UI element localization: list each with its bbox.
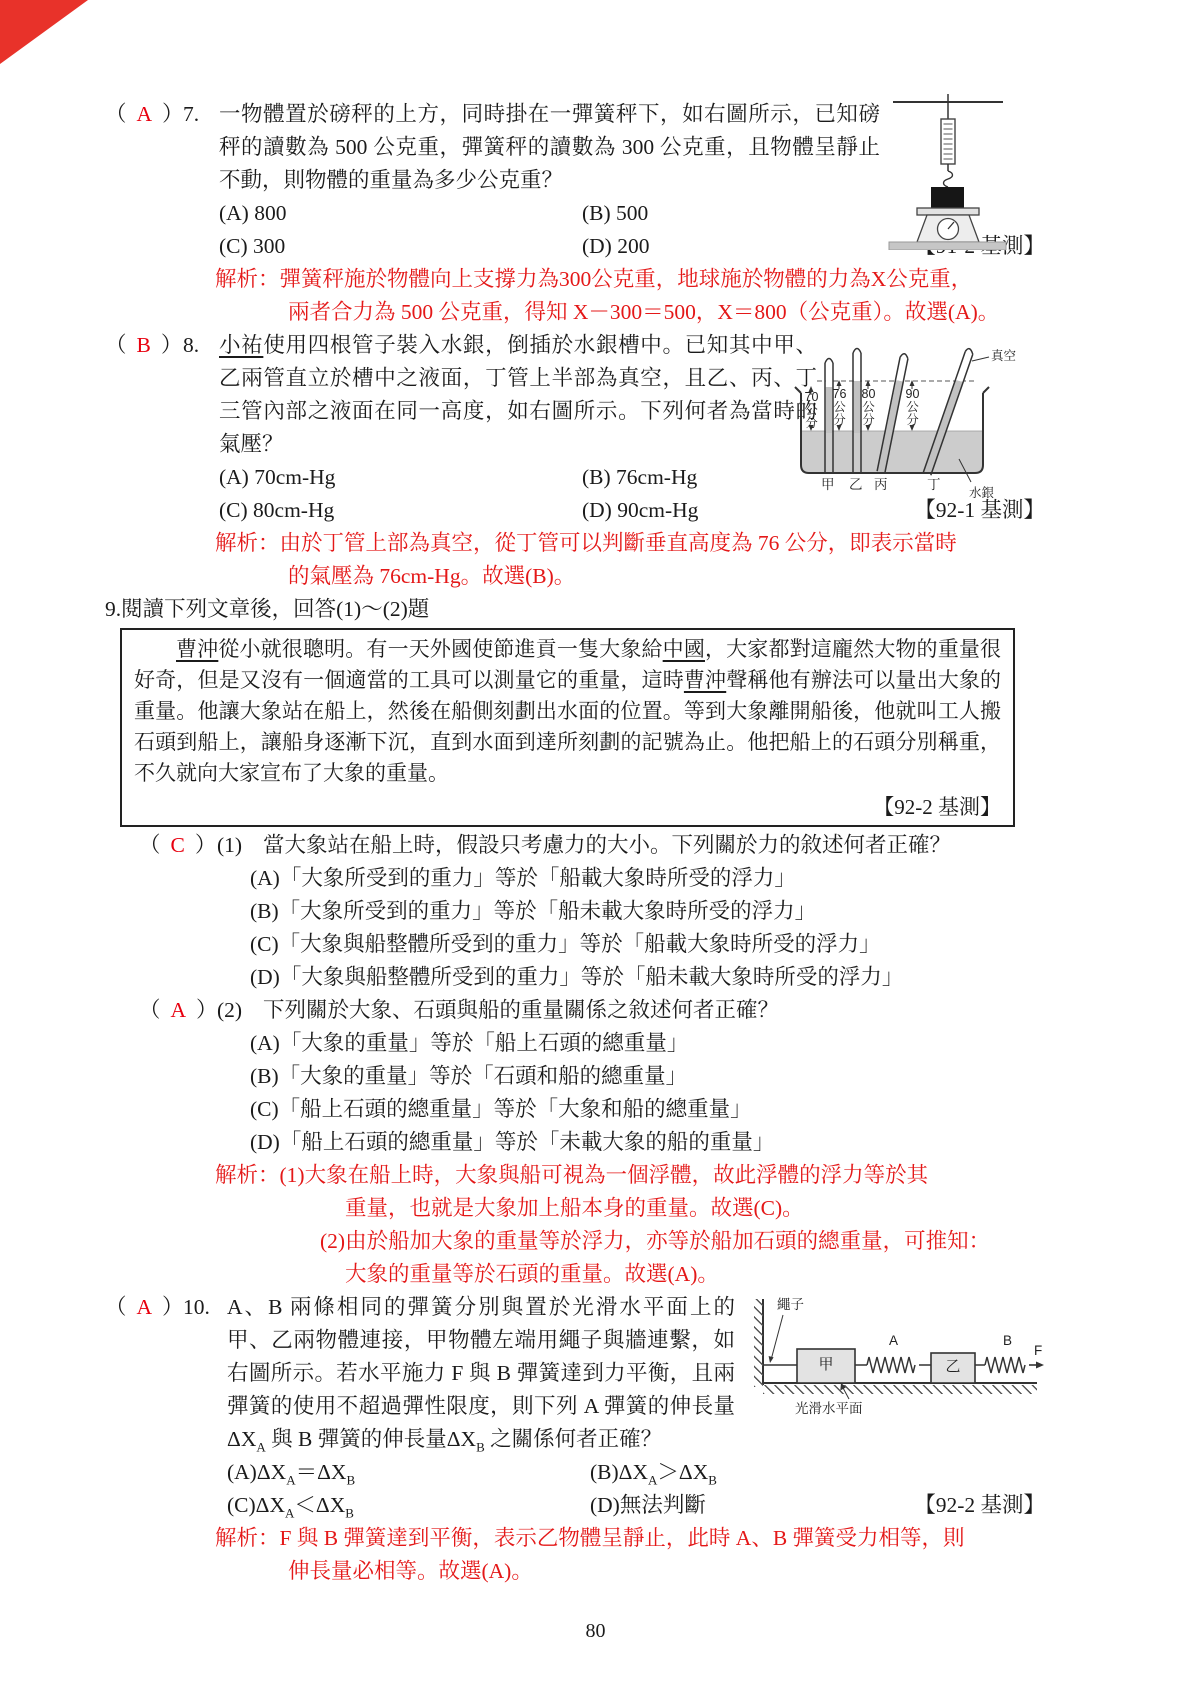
option-d: (D)無法判斷 xyxy=(590,1489,706,1522)
exam-page: （A） 7. 一物體置於磅秤的上方，同時掛在一彈簧秤下，如右圖所示，已知磅秤的讀… xyxy=(0,0,1191,1684)
sub-question-1-row: （C） (1) 當大象站在船上時，假設只考慮力的大小。下列關於力的敘述何者正確？ xyxy=(139,829,1045,862)
option-text: (C)ΔX xyxy=(227,1493,285,1517)
source-tag: 【92-2 基測】 xyxy=(914,1489,1045,1522)
option-d: (D)「大象與船整體所受到的重力」等於「船未載大象時所受的浮力」 xyxy=(250,961,1045,994)
question-body: 繩子 A B 甲 乙 F 光滑水平面 A、B 兩條相同的彈簧分別與置於光滑水平面… xyxy=(227,1291,1045,1522)
option-a: (A)「大象所受到的重力」等於「船載大象時所受的浮力」 xyxy=(250,862,1045,895)
option-c: (C)「大象與船整體所受到的重力」等於「船載大象時所受的浮力」 xyxy=(250,928,1045,961)
block-jia-label: 甲 xyxy=(797,1357,855,1372)
source-tag: 【92-2 基測】 xyxy=(134,789,1001,825)
subscript-b: B xyxy=(345,1505,354,1520)
sub-question-body: 當大象站在船上時，假設只考慮力的大小。下列關於力的敘述何者正確？ xyxy=(263,829,1045,862)
option-d: (D) 200 xyxy=(582,230,649,263)
stem-text: 之關係何者正確？ xyxy=(485,1427,662,1451)
spring-scale-diagram xyxy=(885,92,1010,250)
question-7: （A） 7. 一物體置於磅秤的上方，同時掛在一彈簧秤下，如右圖所示，已知磅秤的讀… xyxy=(105,98,1045,329)
answer-box: （A） xyxy=(105,98,183,131)
question-stem: 一物體置於磅秤的上方，同時掛在一彈簧秤下，如右圖所示，已知磅秤的讀數為 500 … xyxy=(219,98,880,197)
mercury-label: 水銀 xyxy=(969,486,994,501)
mercury-tubes-diagram: 70公分 76公分 80公分 90公分 真空 甲 乙 丙 丁 水銀 xyxy=(777,331,1017,503)
option-a: (A)「大象的重量」等於「船上石頭的總重量」 xyxy=(250,1027,1045,1060)
options-row-2: (C)ΔXA＜ΔXB (D)無法判斷 【92-2 基測】 xyxy=(227,1489,1045,1522)
question-8: 70公分 76公分 80公分 90公分 真空 甲 乙 丙 丁 水銀 （B） 8.… xyxy=(105,329,1045,593)
analysis-line: 兩者合力為 500 公克重，得知 X－300＝500，X＝800（公克重）。故選… xyxy=(288,296,1045,329)
question-10-row: （A） 10. xyxy=(105,1291,1045,1522)
option-c: (C)ΔXA＜ΔXB xyxy=(227,1489,590,1522)
question-number: 10. xyxy=(183,1291,227,1324)
option-b: (B) 76cm-Hg xyxy=(582,461,697,494)
paren-close: ） xyxy=(162,102,184,126)
force-f-label: F xyxy=(1034,1343,1042,1358)
option-a: (A)ΔXA＝ΔXB xyxy=(227,1456,590,1489)
analysis-line: 解析：彈簧秤施於物體向上支撐力為300公克重，地球施於物體的力為X公克重， xyxy=(215,263,1045,296)
analysis-line: 大象的重量等於石頭的重量。故選(A)。 xyxy=(345,1258,1045,1291)
option-a: (A) 70cm-Hg xyxy=(219,461,582,494)
paren-close: ） xyxy=(161,333,183,357)
question-stem: 小祐使用四根管子裝入水銀，倒插於水銀槽中。已知其中甲、乙兩管直立於槽中之液面，丁… xyxy=(219,329,817,461)
option-c: (C)「船上石頭的總重量」等於「大象和船的總重量」 xyxy=(250,1093,1045,1126)
paren-close: ） xyxy=(196,998,218,1022)
option-text: ＝ΔX xyxy=(296,1460,347,1484)
sub-question-number: (1) xyxy=(217,829,263,862)
analysis-q10: 解析：F 與 B 彈簧達到平衡，表示乙物體呈靜止，此時 A、B 彈簧受力相等，則… xyxy=(105,1522,1045,1588)
page-number: 80 xyxy=(0,1620,1191,1642)
height-label-76cm: 76公分 xyxy=(832,388,847,427)
question-10-figure: 繩子 A B 甲 乙 F 光滑水平面 xyxy=(743,1295,1045,1423)
height-label-90cm: 90公分 xyxy=(905,388,920,427)
option-d: (D) 90cm-Hg xyxy=(582,494,698,527)
option-c: (C) 80cm-Hg xyxy=(219,494,582,527)
spring-scale-figure-svg xyxy=(885,92,1010,250)
subscript-a: A xyxy=(648,1472,657,1487)
option-text: ＜ΔX xyxy=(294,1493,345,1517)
subscript-b: B xyxy=(708,1472,717,1487)
subscript-b: B xyxy=(346,1472,355,1487)
sub-question-number: (2) xyxy=(217,994,263,1027)
subscript-a: A xyxy=(285,1505,294,1520)
option-d: (D)「船上石頭的總重量」等於「未載大象的船的重量」 xyxy=(250,1126,1045,1159)
question-8-figure: 70公分 76公分 80公分 90公分 真空 甲 乙 丙 丁 水銀 xyxy=(777,331,1017,503)
passage-text: 從小就很聰明。有一天外國使節進貢一隻大象給 xyxy=(218,637,662,661)
option-b: (B) 500 xyxy=(582,197,648,230)
analysis-line: 重量，也就是大象加上船本身的重量。故選(C)。 xyxy=(345,1192,1045,1225)
reading-passage: 曹沖從小就很聰明。有一天外國使節進貢一隻大象給中國，大家都對這龐然大物的重量很好… xyxy=(134,634,1001,789)
height-label-80cm: 80公分 xyxy=(861,388,876,427)
sub-question-1: （C） (1) 當大象站在船上時，假設只考慮力的大小。下列關於力的敘述何者正確？… xyxy=(139,829,1045,994)
sub-question-body: 下列關於大象、石頭與船的重量關係之敘述何者正確？ xyxy=(263,994,1045,1027)
wall-hatching xyxy=(754,1299,763,1387)
option-text: (A)ΔX xyxy=(227,1460,286,1484)
question-10: （A） 10. xyxy=(105,1291,1045,1588)
student-name: 小祐 xyxy=(219,333,263,357)
paren-open: （ xyxy=(139,998,161,1022)
answer-letter: C xyxy=(171,833,185,857)
height-label-70cm: 70公分 xyxy=(804,391,819,430)
option-b: (B)「大象所受到的重力」等於「船未載大象時所受的浮力」 xyxy=(250,895,1045,928)
answer-letter: B xyxy=(137,333,151,357)
analysis-line: 解析：由於丁管上部為真空，從丁管可以判斷垂直高度為 76 公分，即表示當時 xyxy=(215,527,1045,560)
name-caochong: 曹沖 xyxy=(176,637,218,661)
subscript-a: A xyxy=(286,1472,295,1487)
sub-question-stem: 下列關於大象、石頭與船的重量關係之敘述何者正確？ xyxy=(263,994,1045,1027)
question-number: 7. xyxy=(183,98,219,131)
name-caochong: 曹沖 xyxy=(684,668,726,692)
option-text: (B)ΔX xyxy=(590,1460,648,1484)
question-stem-text: 使用四根管子裝入水銀，倒插於水銀槽中。已知其中甲、乙兩管直立於槽中之液面，丁管上… xyxy=(219,333,817,456)
option-b: (B)「大象的重量」等於「石頭和船的總重量」 xyxy=(250,1060,1045,1093)
ground-hatching xyxy=(763,1385,1037,1394)
stem-text: 與 B 彈簧的伸長量ΔX xyxy=(266,1427,476,1451)
sub-question-2: （A） (2) 下列關於大象、石頭與船的重量關係之敘述何者正確？ (A)「大象的… xyxy=(139,994,1045,1159)
analysis-line: 的氣壓為 76cm-Hg。故選(B)。 xyxy=(288,560,1045,593)
question-9-header: 9.閱讀下列文章後，回答(1)～(2)題 xyxy=(105,593,1045,626)
analysis-line: 解析：F 與 B 彈簧達到平衡，表示乙物體呈靜止，此時 A、B 彈簧受力相等，則 xyxy=(215,1522,1045,1555)
question-7-figure xyxy=(885,92,1010,250)
paren-open: （ xyxy=(105,1295,127,1319)
answer-box: （A） xyxy=(139,994,217,1027)
answer-letter: A xyxy=(137,102,153,126)
question-9: 9.閱讀下列文章後，回答(1)～(2)題 曹沖從小就很聰明。有一天外國使節進貢一… xyxy=(105,593,1045,1291)
answer-letter: A xyxy=(171,998,187,1022)
question-number: 8. xyxy=(183,329,219,362)
springs-diagram: 繩子 A B 甲 乙 F 光滑水平面 xyxy=(743,1295,1045,1423)
corner-decoration xyxy=(0,0,88,64)
smooth-surface-label: 光滑水平面 xyxy=(795,1401,863,1416)
answer-box: （C） xyxy=(139,829,217,862)
tube-label-ding: 丁 xyxy=(927,477,941,492)
analysis-q9: 解析：(1)大象在船上時，大象與船可視為一個浮體，故此浮體的浮力等於其 重量，也… xyxy=(105,1159,1045,1291)
vacuum-label: 真空 xyxy=(991,349,1016,364)
options-row-1: (A)ΔXA＝ΔXB (B)ΔXA＞ΔXB xyxy=(227,1456,1045,1489)
tube-label-jia: 甲 xyxy=(821,477,835,492)
subscript-a: A xyxy=(256,1439,265,1454)
analysis-q7: 解析：彈簧秤施於物體向上支撐力為300公克重，地球施於物體的力為X公克重， 兩者… xyxy=(105,263,1045,329)
tube-label-bing: 丙 xyxy=(874,477,888,492)
paren-open: （ xyxy=(105,333,127,357)
name-china: 中國 xyxy=(663,637,705,661)
analysis-line: 伸長量必相等。故選(A)。 xyxy=(288,1555,1045,1588)
spring-a-label: A xyxy=(889,1333,898,1348)
answer-letter: A xyxy=(137,1295,153,1319)
analysis-line: (2)由於船加大象的重量等於浮力，亦等於船加石頭的總重量，可推知： xyxy=(320,1225,1045,1258)
subscript-b: B xyxy=(476,1439,485,1454)
option-a: (A) 800 xyxy=(219,197,582,230)
paren-open: （ xyxy=(105,102,127,126)
block-yi-label: 乙 xyxy=(931,1359,975,1374)
analysis-q8: 解析：由於丁管上部為真空，從丁管可以判斷垂直高度為 76 公分，即表示當時 的氣… xyxy=(105,527,1045,593)
tube-label-yi: 乙 xyxy=(849,477,863,492)
option-b: (B)ΔXA＞ΔXB xyxy=(590,1456,717,1489)
sub-question-stem: 當大象站在船上時，假設只考慮力的大小。下列關於力的敘述何者正確？ xyxy=(263,829,1045,862)
paren-close: ） xyxy=(195,833,217,857)
answer-box: （A） xyxy=(105,1291,183,1324)
spring-b-label: B xyxy=(1003,1333,1012,1348)
option-text: ＞ΔX xyxy=(657,1460,708,1484)
reading-passage-box: 曹沖從小就很聰明。有一天外國使節進貢一隻大象給中國，大家都對這龐然大物的重量很好… xyxy=(120,628,1015,827)
sub-question-2-row: （A） (2) 下列關於大象、石頭與船的重量關係之敘述何者正確？ xyxy=(139,994,1045,1027)
paren-close: ） xyxy=(162,1295,184,1319)
analysis-line: 解析：(1)大象在船上時，大象與船可視為一個浮體，故此浮體的浮力等於其 xyxy=(215,1159,1045,1192)
answer-box: （B） xyxy=(105,329,183,362)
paren-open: （ xyxy=(139,833,161,857)
springs-figure-svg xyxy=(743,1295,1045,1423)
rope-label: 繩子 xyxy=(777,1297,804,1312)
option-c: (C) 300 xyxy=(219,230,582,263)
page-content: （A） 7. 一物體置於磅秤的上方，同時掛在一彈簧秤下，如右圖所示，已知磅秤的讀… xyxy=(105,98,1045,1588)
